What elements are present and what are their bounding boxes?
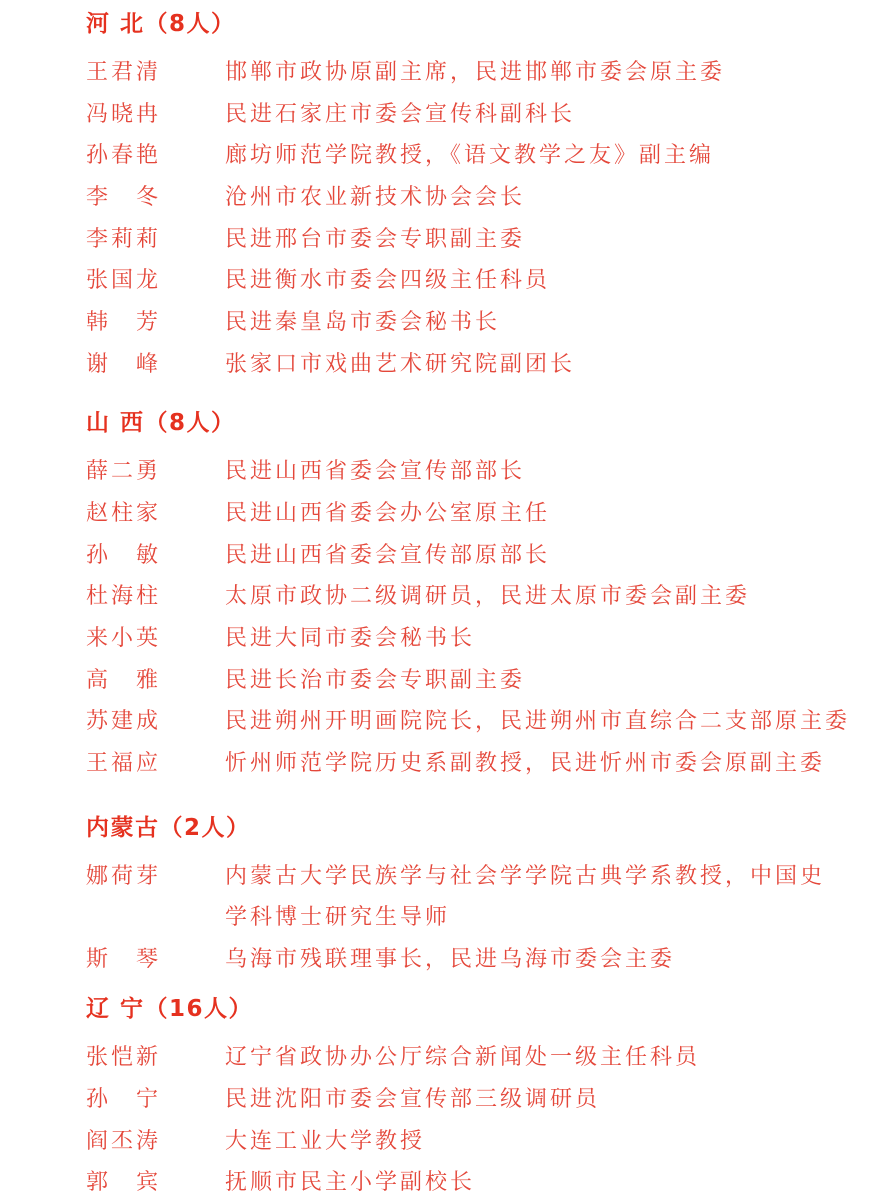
person-row: 孙 敏 民进山西省委会宣传部原部长 — [86, 535, 891, 577]
province-heading: 山 西（8人） — [86, 412, 891, 435]
province-section: 辽 宁（16人） 张恺新 辽宁省政协办公厅综合新闻处一级主任科员 孙 宁 民进沈… — [86, 998, 891, 1200]
person-title: 民进衡水市委会四级主任科员 — [225, 260, 865, 302]
person-name: 来小英 — [86, 618, 225, 660]
person-title: 忻州师范学院历史系副教授，民进忻州市委会原副主委 — [225, 743, 865, 785]
person-title: 廊坊师范学院教授，《语文教学之友》副主编 — [225, 135, 865, 177]
person-name: 苏建成 — [86, 701, 225, 743]
person-name: 李莉莉 — [86, 219, 225, 261]
person-row: 李 冬 沧州市农业新技术协会会长 — [86, 177, 891, 219]
person-title: 民进邢台市委会专职副主委 — [225, 219, 865, 261]
person-name: 韩 芳 — [86, 302, 225, 344]
person-name: 谢 峰 — [86, 344, 225, 386]
person-row: 薛二勇 民进山西省委会宣传部部长 — [86, 451, 891, 493]
person-title: 大连工业大学教授 — [225, 1121, 865, 1163]
person-name: 杜海柱 — [86, 576, 225, 618]
person-title: 邯郸市政协原副主席，民进邯郸市委会原主委 — [225, 52, 865, 94]
person-name: 王君清 — [86, 52, 225, 94]
roster-document: 河 北（8人） 王君清 邯郸市政协原副主席，民进邯郸市委会原主委 冯晓冉 民进石… — [86, 13, 891, 1200]
person-name: 王福应 — [86, 743, 225, 785]
province-entries: 娜荷芽 内蒙古大学民族学与社会学学院古典学系教授，中国史 学科博士研究生导师 斯… — [86, 856, 891, 981]
person-name: 孙春艳 — [86, 135, 225, 177]
province-entries: 王君清 邯郸市政协原副主席，民进邯郸市委会原主委 冯晓冉 民进石家庄市委会宣传科… — [86, 52, 891, 385]
province-entries: 张恺新 辽宁省政协办公厅综合新闻处一级主任科员 孙 宁 民进沈阳市委会宣传部三级… — [86, 1037, 891, 1200]
person-row: 冯晓冉 民进石家庄市委会宣传科副科长 — [86, 94, 891, 136]
province-heading: 内蒙古（2人） — [86, 817, 891, 840]
person-row: 李莉莉 民进邢台市委会专职副主委 — [86, 219, 891, 261]
person-title: 民进山西省委会宣传部部长 — [225, 451, 865, 493]
person-name: 孙 敏 — [86, 535, 225, 577]
person-row: 赵柱家 民进山西省委会办公室原主任 — [86, 493, 891, 535]
person-name: 娜荷芽 — [86, 856, 225, 898]
person-row: 张国龙 民进衡水市委会四级主任科员 — [86, 260, 891, 302]
person-title: 民进山西省委会办公室原主任 — [225, 493, 865, 535]
person-row: 来小英 民进大同市委会秘书长 — [86, 618, 891, 660]
person-title: 内蒙古大学民族学与社会学学院古典学系教授，中国史 学科博士研究生导师 — [225, 856, 865, 939]
person-title: 民进沈阳市委会宣传部三级调研员 — [225, 1079, 865, 1121]
person-title: 民进秦皇岛市委会秘书长 — [225, 302, 865, 344]
person-row: 孙春艳 廊坊师范学院教授，《语文教学之友》副主编 — [86, 135, 891, 177]
person-title: 抚顺市民主小学副校长 — [225, 1162, 865, 1200]
person-name: 张恺新 — [86, 1037, 225, 1079]
person-name: 赵柱家 — [86, 493, 225, 535]
province-section: 山 西（8人） 薛二勇 民进山西省委会宣传部部长 赵柱家 民进山西省委会办公室原… — [86, 412, 891, 784]
person-name: 冯晓冉 — [86, 94, 225, 136]
person-name: 斯 琴 — [86, 939, 225, 981]
person-row: 郭 宾 抚顺市民主小学副校长 — [86, 1162, 891, 1200]
province-section: 河 北（8人） 王君清 邯郸市政协原副主席，民进邯郸市委会原主委 冯晓冉 民进石… — [86, 13, 891, 385]
person-row: 娜荷芽 内蒙古大学民族学与社会学学院古典学系教授，中国史 学科博士研究生导师 — [86, 856, 891, 939]
person-row: 张恺新 辽宁省政协办公厅综合新闻处一级主任科员 — [86, 1037, 891, 1079]
person-title: 民进石家庄市委会宣传科副科长 — [225, 94, 865, 136]
person-row: 王君清 邯郸市政协原副主席，民进邯郸市委会原主委 — [86, 52, 891, 94]
person-row: 韩 芳 民进秦皇岛市委会秘书长 — [86, 302, 891, 344]
person-name: 孙 宁 — [86, 1079, 225, 1121]
person-title: 民进山西省委会宣传部原部长 — [225, 535, 865, 577]
person-row: 高 雅 民进长治市委会专职副主委 — [86, 660, 891, 702]
person-row: 王福应 忻州师范学院历史系副教授，民进忻州市委会原副主委 — [86, 743, 891, 785]
person-name: 张国龙 — [86, 260, 225, 302]
person-title: 辽宁省政协办公厅综合新闻处一级主任科员 — [225, 1037, 865, 1079]
person-title: 沧州市农业新技术协会会长 — [225, 177, 865, 219]
person-name: 高 雅 — [86, 660, 225, 702]
person-row: 谢 峰 张家口市戏曲艺术研究院副团长 — [86, 344, 891, 386]
person-title: 张家口市戏曲艺术研究院副团长 — [225, 344, 865, 386]
province-heading: 河 北（8人） — [86, 13, 891, 36]
person-row: 斯 琴 乌海市残联理事长，民进乌海市委会主委 — [86, 939, 891, 981]
person-row: 苏建成 民进朔州开明画院院长，民进朔州市直综合二支部原主委 — [86, 701, 891, 743]
province-entries: 薛二勇 民进山西省委会宣传部部长 赵柱家 民进山西省委会办公室原主任 孙 敏 民… — [86, 451, 891, 784]
person-name: 阎丕涛 — [86, 1121, 225, 1163]
person-row: 阎丕涛 大连工业大学教授 — [86, 1121, 891, 1163]
province-heading: 辽 宁（16人） — [86, 998, 891, 1021]
person-row: 孙 宁 民进沈阳市委会宣传部三级调研员 — [86, 1079, 891, 1121]
person-title: 民进朔州开明画院院长，民进朔州市直综合二支部原主委 — [225, 701, 865, 743]
province-section: 内蒙古（2人） 娜荷芽 内蒙古大学民族学与社会学学院古典学系教授，中国史 学科博… — [86, 817, 891, 981]
person-title: 民进长治市委会专职副主委 — [225, 660, 865, 702]
person-name: 李 冬 — [86, 177, 225, 219]
person-name: 薛二勇 — [86, 451, 225, 493]
person-name: 郭 宾 — [86, 1162, 225, 1200]
person-title: 乌海市残联理事长，民进乌海市委会主委 — [225, 939, 865, 981]
person-row: 杜海柱 太原市政协二级调研员，民进太原市委会副主委 — [86, 576, 891, 618]
person-title: 太原市政协二级调研员，民进太原市委会副主委 — [225, 576, 865, 618]
person-title: 民进大同市委会秘书长 — [225, 618, 865, 660]
